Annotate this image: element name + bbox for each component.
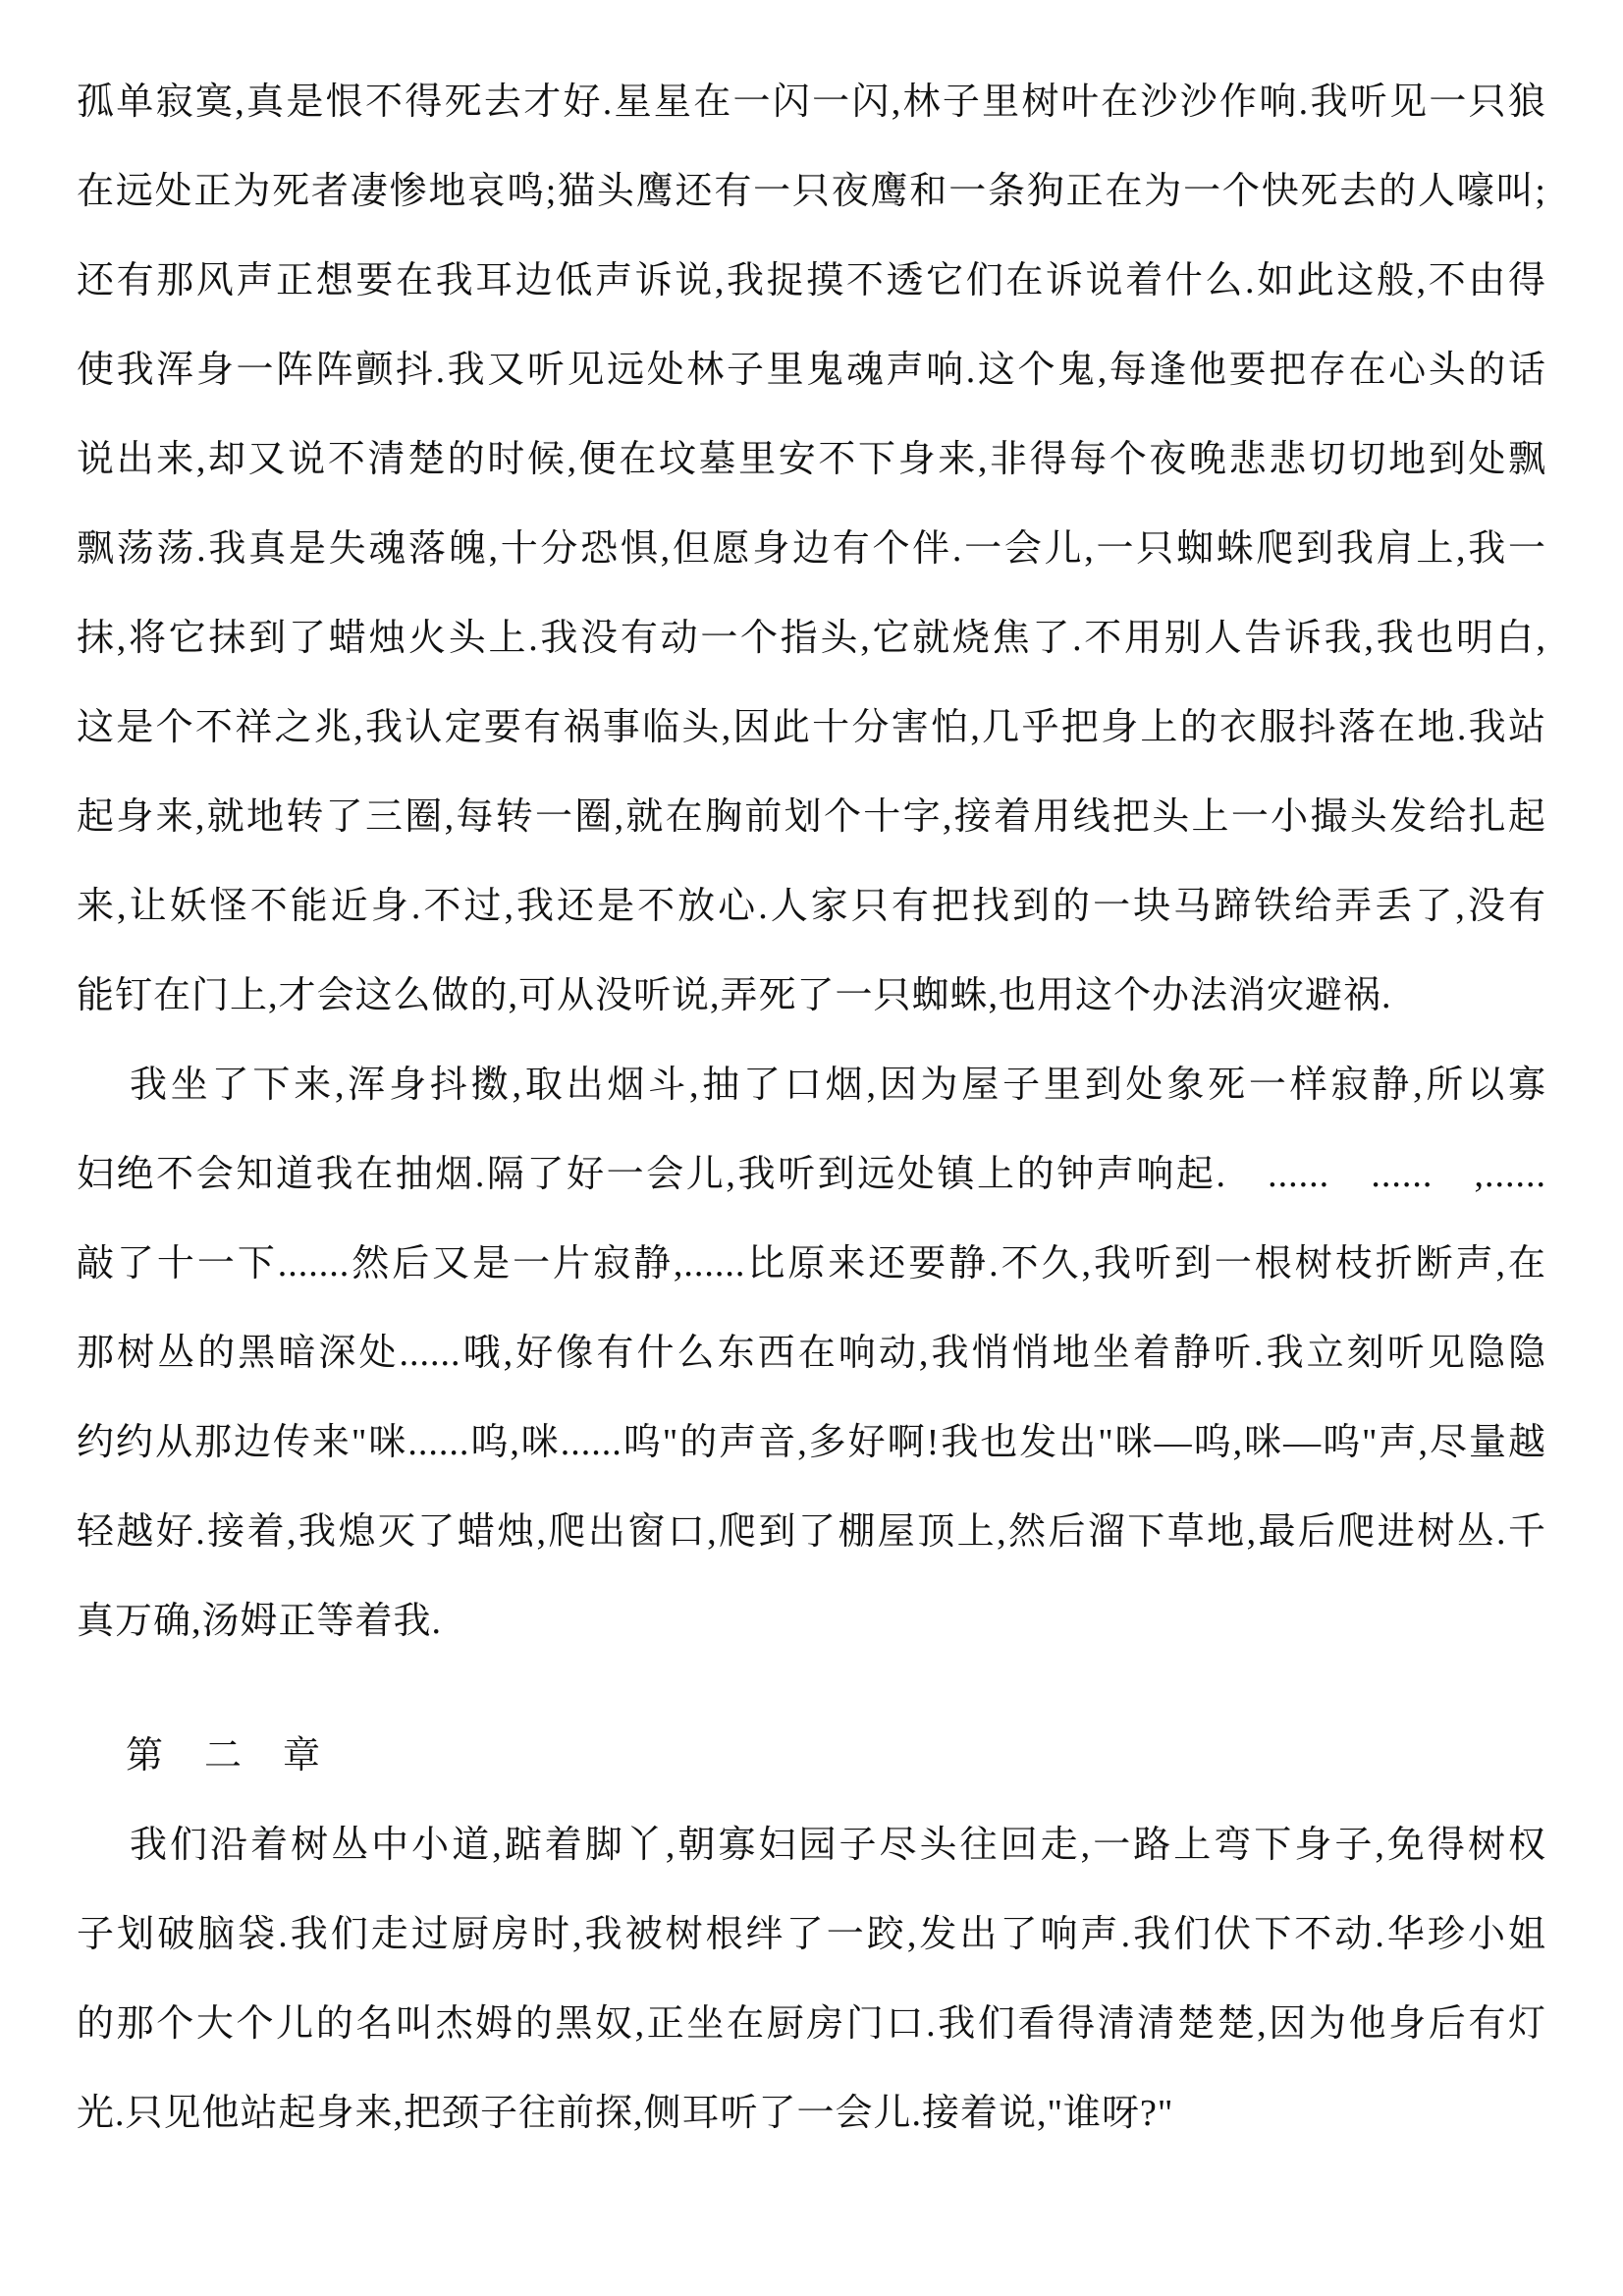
text-line: 能钉在门上,才会这么做的,可从没听说,弄死了一只蜘蛛,也用这个办法消灾避祸. — [77, 952, 1546, 1041]
text-line: 轻越好.接着,我熄灭了蜡烛,爬出窗口,爬到了棚屋顶上,然后溜下草地,最后爬进树丛… — [77, 1488, 1546, 1577]
text-line: 抹,将它抹到了蜡烛火头上.我没有动一个指头,它就烧焦了.不用别人告诉我,我也明白… — [77, 594, 1546, 683]
chapter-heading: 第 二 章 — [77, 1712, 1546, 1801]
text-line: 来,让妖怪不能近身.不过,我还是不放心.人家只有把找到的一块马蹄铁给弄丢了,没有 — [77, 862, 1546, 952]
paragraph: 我坐了下来,浑身抖擞,取出烟斗,抽了口烟,因为屋子里到处象死一样寂静,所以寡妇绝… — [77, 1041, 1546, 1667]
page: 孤单寂寞,真是恨不得死去才好.星星在一闪一闪,林子里树叶在沙沙作响.我听见一只狼… — [0, 0, 1623, 2296]
text-line: 飘荡荡.我真是失魂落魄,十分恐惧,但愿身边有个伴.一会儿,一只蜘蛛爬到我肩上,我… — [77, 505, 1546, 594]
text-line: 说出来,却又说不清楚的时候,便在坟墓里安不下身来,非得每个夜晚悲悲切切地到处飘 — [77, 415, 1546, 505]
text-line: 光.只见他站起身来,把颈子往前探,侧耳听了一会儿.接着说,"谁呀?" — [77, 2069, 1546, 2159]
text-line: 真万确,汤姆正等着我. — [77, 1577, 1546, 1667]
text-line: 那树丛的黑暗深处......哦,好像有什么东西在响动,我悄悄地坐着静听.我立刻听… — [77, 1309, 1546, 1398]
text-line: 约约从那边传来"咪......呜,咪......呜"的声音,多好啊!我也发出"咪… — [77, 1398, 1546, 1488]
text-line: 这是个不祥之兆,我认定要有祸事临头,因此十分害怕,几乎把身上的衣服抖落在地.我站 — [77, 683, 1546, 773]
text-line: 孤单寂寞,真是恨不得死去才好.星星在一闪一闪,林子里树叶在沙沙作响.我听见一只狼 — [77, 58, 1546, 147]
text-line: 妇绝不会知道我在抽烟.隔了好一会儿,我听到远处镇上的钟声响起. ...... .… — [77, 1130, 1546, 1220]
text-line: 的那个大个儿的名叫杰姆的黑奴,正坐在厨房门口.我们看得清清楚楚,因为他身后有灯 — [77, 1980, 1546, 2069]
paragraph: 孤单寂寞,真是恨不得死去才好.星星在一闪一闪,林子里树叶在沙沙作响.我听见一只狼… — [77, 58, 1546, 1041]
text-line: 在远处正为死者凄惨地哀鸣;猫头鹰还有一只夜鹰和一条狗正在为一个快死去的人嚎叫; — [77, 147, 1546, 237]
chapter-heading-text: 第 二 章 — [77, 1712, 1546, 1801]
text-line: 起身来,就地转了三圈,每转一圈,就在胸前划个十字,接着用线把头上一小撮头发给扎起 — [77, 773, 1546, 862]
text-line: 子划破脑袋.我们走过厨房时,我被树根绊了一跤,发出了响声.我们伏下不动.华珍小姐 — [77, 1890, 1546, 1980]
text-line: 敲了十一下.......然后又是一片寂静,......比原来还要静.不久,我听到… — [77, 1220, 1546, 1309]
paragraph: 我们沿着树丛中小道,踮着脚丫,朝寡妇园子尽头往回走,一路上弯下身子,免得树权子划… — [77, 1801, 1546, 2159]
text-line: 使我浑身一阵阵颤抖.我又听见远处林子里鬼魂声响.这个鬼,每逢他要把存在心头的话 — [77, 326, 1546, 415]
text-line: 我坐了下来,浑身抖擞,取出烟斗,抽了口烟,因为屋子里到处象死一样寂静,所以寡 — [77, 1041, 1546, 1130]
text-line: 我们沿着树丛中小道,踮着脚丫,朝寡妇园子尽头往回走,一路上弯下身子,免得树权 — [77, 1801, 1546, 1890]
text-line: 还有那风声正想要在我耳边低声诉说,我捉摸不透它们在诉说着什么.如此这般,不由得 — [77, 237, 1546, 326]
